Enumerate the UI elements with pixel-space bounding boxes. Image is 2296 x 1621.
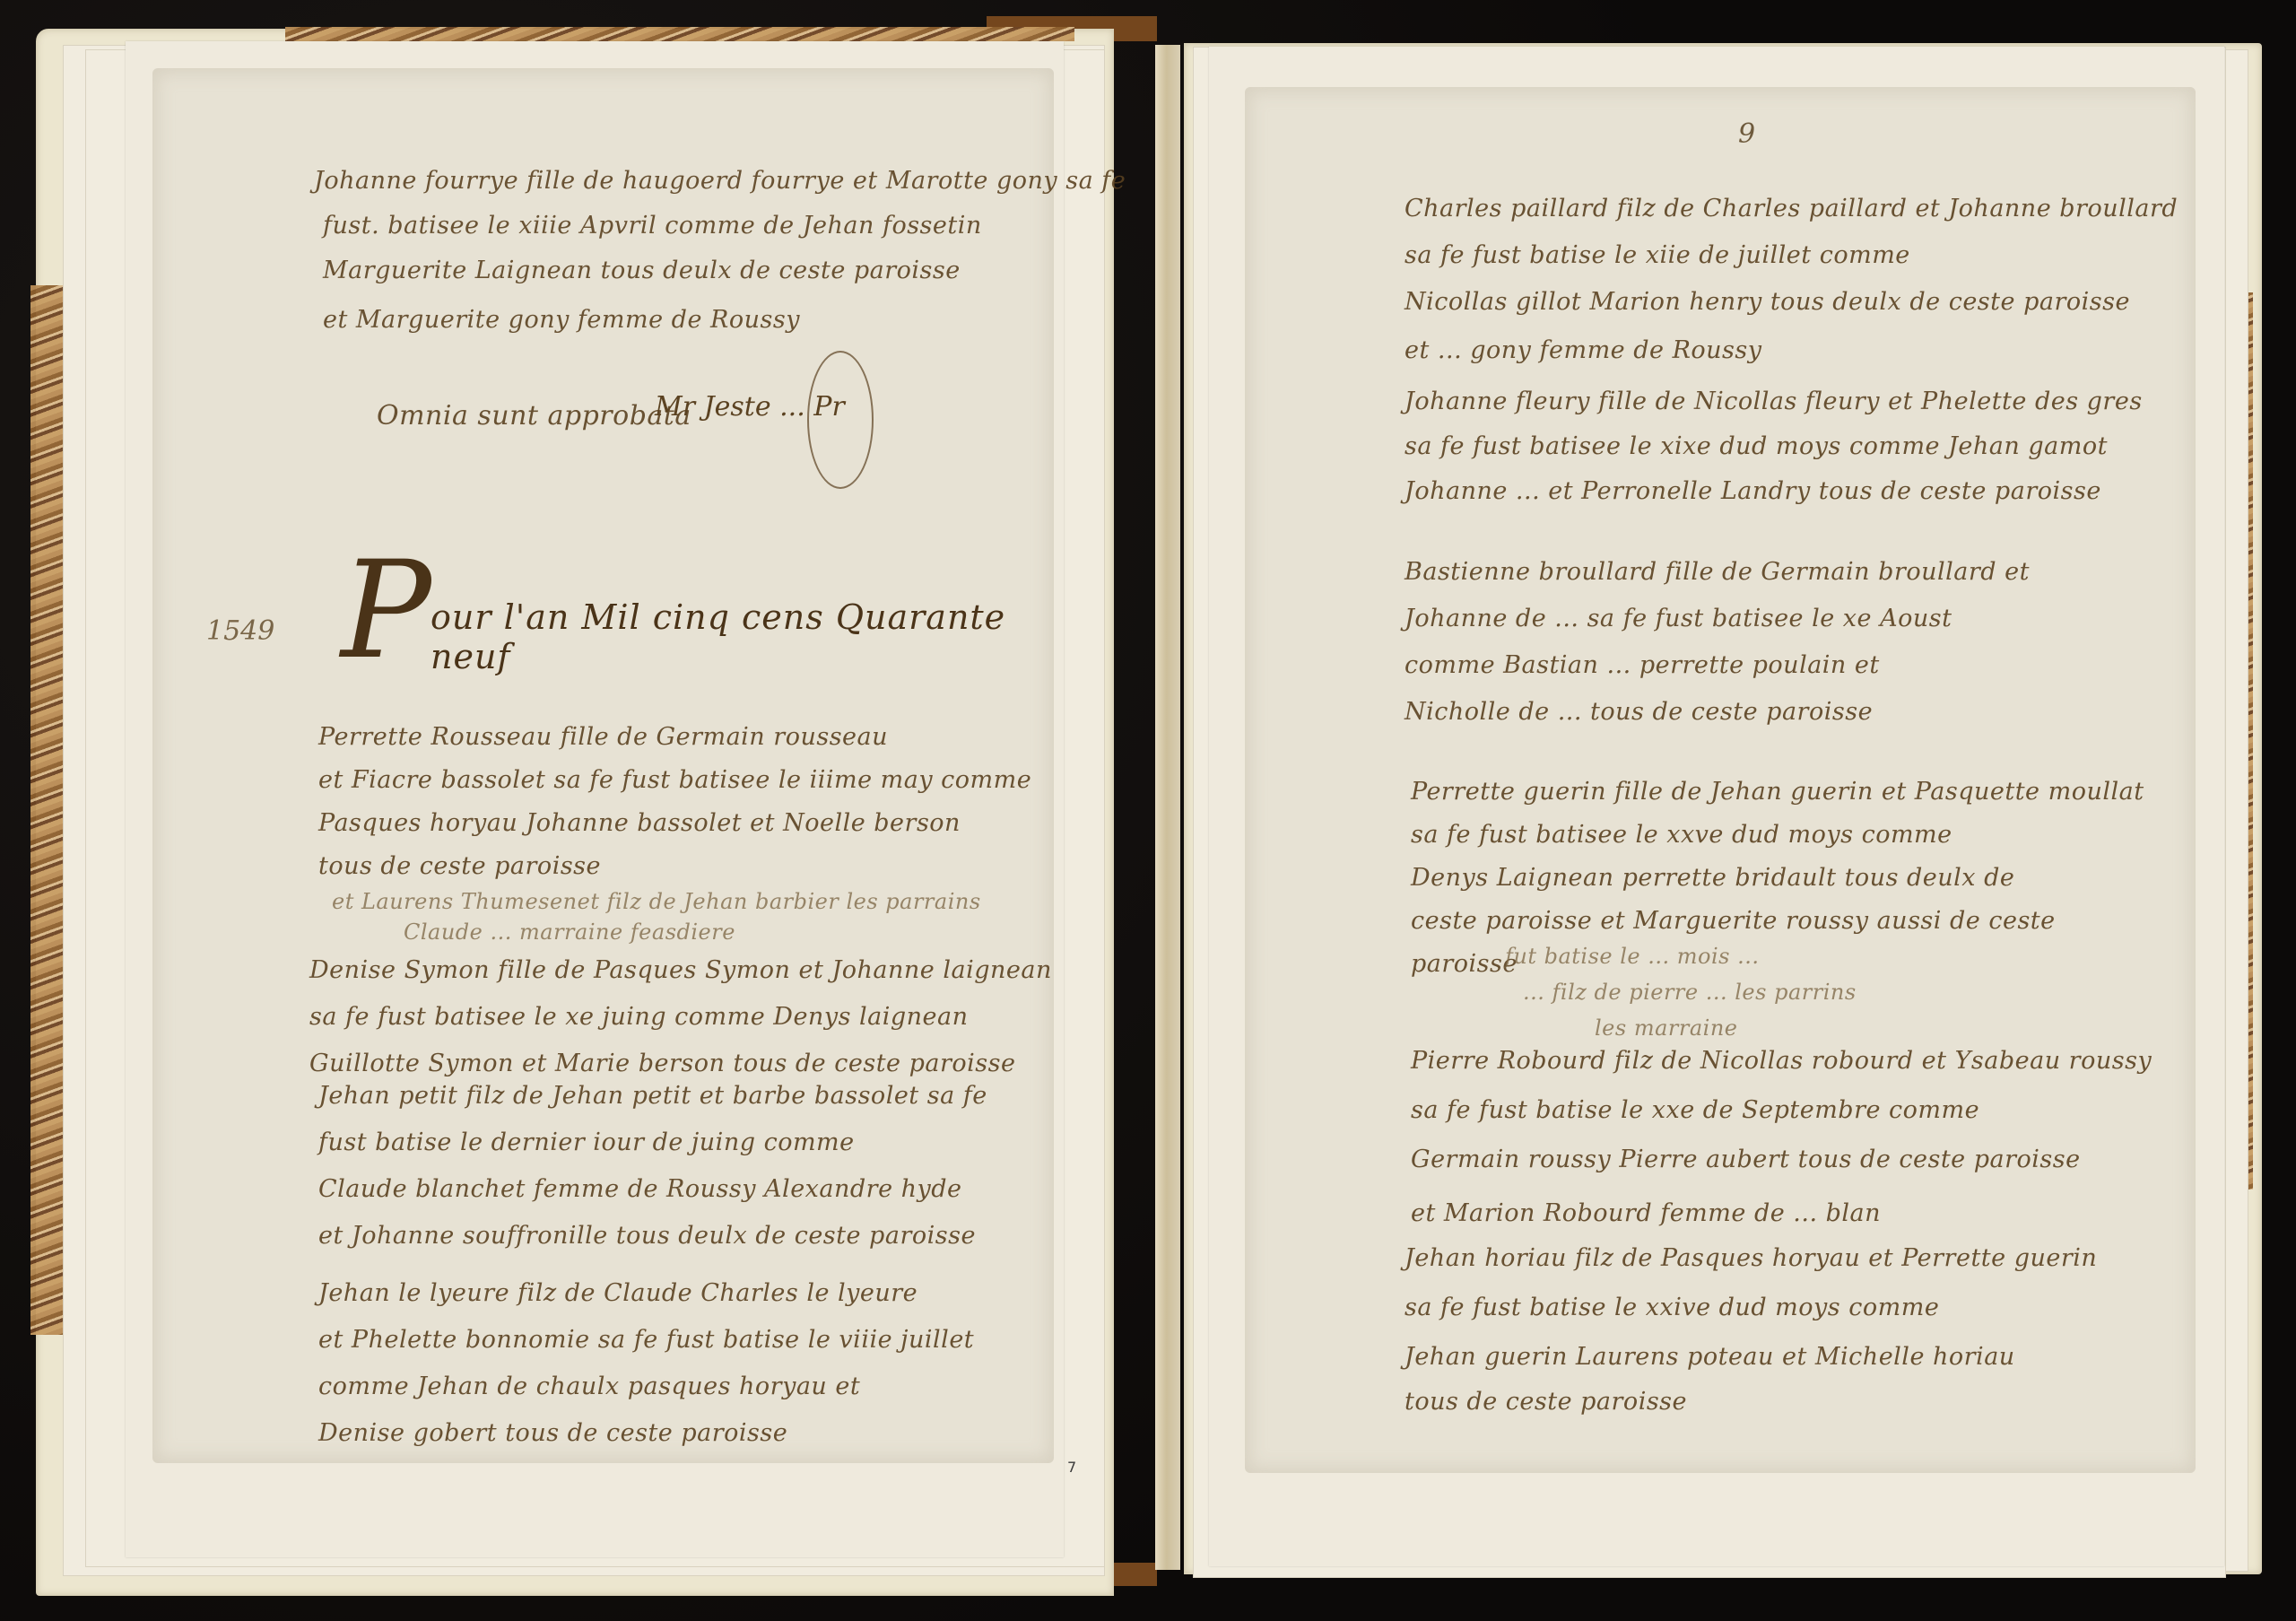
entry-line: Jehan petit filz de Jehan petit et barbe… xyxy=(318,1082,987,1110)
entry-line: Bastienne broullard fille de Germain bro… xyxy=(1405,558,2030,586)
entry-line: et Fiacre bassolet sa fe fust batisee le… xyxy=(318,766,1031,794)
year-heading: our l'an Mil cinq cens Quarante neuf xyxy=(430,597,1064,676)
entry-line: Johanne fleury fille de Nicollas fleury … xyxy=(1405,388,2143,415)
marbled-edge-left xyxy=(30,285,63,1335)
entry-line: Johanne de ... sa fe fust batisee le xe … xyxy=(1405,605,1952,632)
right-page: 9 Charles paillard filz de Charles paill… xyxy=(1209,47,2224,1566)
margin-year: 1549 xyxy=(206,615,274,647)
entry-line: Perrette Rousseau fille de Germain rouss… xyxy=(318,723,888,751)
folio-number: 9 xyxy=(1738,118,1755,150)
struck-line: les marraine xyxy=(1595,1015,1737,1041)
entry-line: tous de ceste paroisse xyxy=(1405,1388,1687,1416)
entry-line: Denise Symon fille de Pasques Symon et J… xyxy=(309,956,1052,984)
entry-line: Johanne ... et Perronelle Landry tous de… xyxy=(1405,477,2101,505)
decorated-initial: P xyxy=(341,544,431,678)
entry-line: ceste paroisse et Marguerite roussy auss… xyxy=(1411,907,2056,935)
entry-line: Charles paillard filz de Charles paillar… xyxy=(1405,195,2178,222)
approval-note: Omnia sunt approbata xyxy=(377,400,691,431)
entry-line: Marguerite Laignean tous deulx de ceste … xyxy=(323,257,961,284)
struck-line: ... filz de pierre ... les parrins xyxy=(1523,980,1857,1005)
entry-line: et Marguerite gony femme de Roussy xyxy=(323,306,800,334)
entry-line: Johanne fourrye fille de haugoerd fourry… xyxy=(314,167,1126,195)
entry-line: comme Bastian ... perrette poulain et xyxy=(1405,651,1880,679)
entry-line: sa fe fust batisee le xxve dud moys comm… xyxy=(1411,821,1952,849)
entry-line: Pasques horyau Johanne bassolet et Noell… xyxy=(318,809,961,837)
entry-line: et Marion Robourd femme de ... blan xyxy=(1411,1199,1881,1227)
entry-line: Denise gobert tous de ceste paroisse xyxy=(318,1419,787,1447)
marbled-edge-top xyxy=(285,27,1074,41)
entry-line: Perrette guerin fille de Jehan guerin et… xyxy=(1411,778,2144,806)
entry-line: sa fe fust batise le xxe de Septembre co… xyxy=(1411,1096,1979,1124)
entry-line: sa fe fust batisee le xixe dud moys comm… xyxy=(1405,432,2108,460)
entry-line: paroisse xyxy=(1411,950,1518,978)
struck-line: fut batise le ... mois ... xyxy=(1505,944,1760,969)
struck-line: Claude ... marraine feasdiere xyxy=(404,919,735,945)
entry-line: Pierre Robourd filz de Nicollas robourd … xyxy=(1411,1047,2152,1075)
entry-line: et Johanne souffronille tous deulx de ce… xyxy=(318,1222,976,1250)
signature-flourish xyxy=(807,351,874,489)
entry-line: comme Jehan de chaulx pasques horyau et xyxy=(318,1373,860,1400)
entry-line: sa fe fust batise le xxive dud moys comm… xyxy=(1405,1294,1939,1321)
entry-line: Jehan guerin Laurens poteau et Michelle … xyxy=(1405,1343,2015,1371)
entry-line: Guillotte Symon et Marie berson tous de … xyxy=(309,1050,1015,1077)
entry-line: Germain roussy Pierre aubert tous de ces… xyxy=(1411,1146,2081,1173)
entry-line: fust batise le dernier iour de juing com… xyxy=(318,1129,855,1156)
left-page: Johanne fourrye fille de haugoerd fourry… xyxy=(126,41,1064,1557)
entry-line: Nicholle de ... tous de ceste paroisse xyxy=(1405,698,1873,726)
entry-line: et ... gony femme de Roussy xyxy=(1405,336,1762,364)
entry-line: fust. batisee le xiiie Apvril comme de J… xyxy=(323,212,982,240)
entry-line: Jehan horiau filz de Pasques horyau et P… xyxy=(1405,1244,2097,1272)
entry-line: Claude blanchet femme de Roussy Alexandr… xyxy=(318,1175,962,1203)
entry-line: tous de ceste paroisse xyxy=(318,852,601,880)
entry-line: Jehan le lyeure filz de Claude Charles l… xyxy=(318,1279,918,1307)
entry-line: sa fe fust batisee le xe juing comme Den… xyxy=(309,1003,969,1031)
pencil-mark: 7 xyxy=(1067,1459,1076,1476)
entry-line: et Phelette bonnomie sa fe fust batise l… xyxy=(318,1326,974,1354)
entry-line: sa fe fust batise le xiie de juillet com… xyxy=(1405,241,1910,269)
struck-line: et Laurens Thumesenet filz de Jehan barb… xyxy=(332,889,981,914)
entry-line: Nicollas gillot Marion henry tous deulx … xyxy=(1405,288,2130,316)
book-gutter xyxy=(1155,45,1180,1570)
entry-line: Denys Laignean perrette bridault tous de… xyxy=(1411,864,2014,892)
